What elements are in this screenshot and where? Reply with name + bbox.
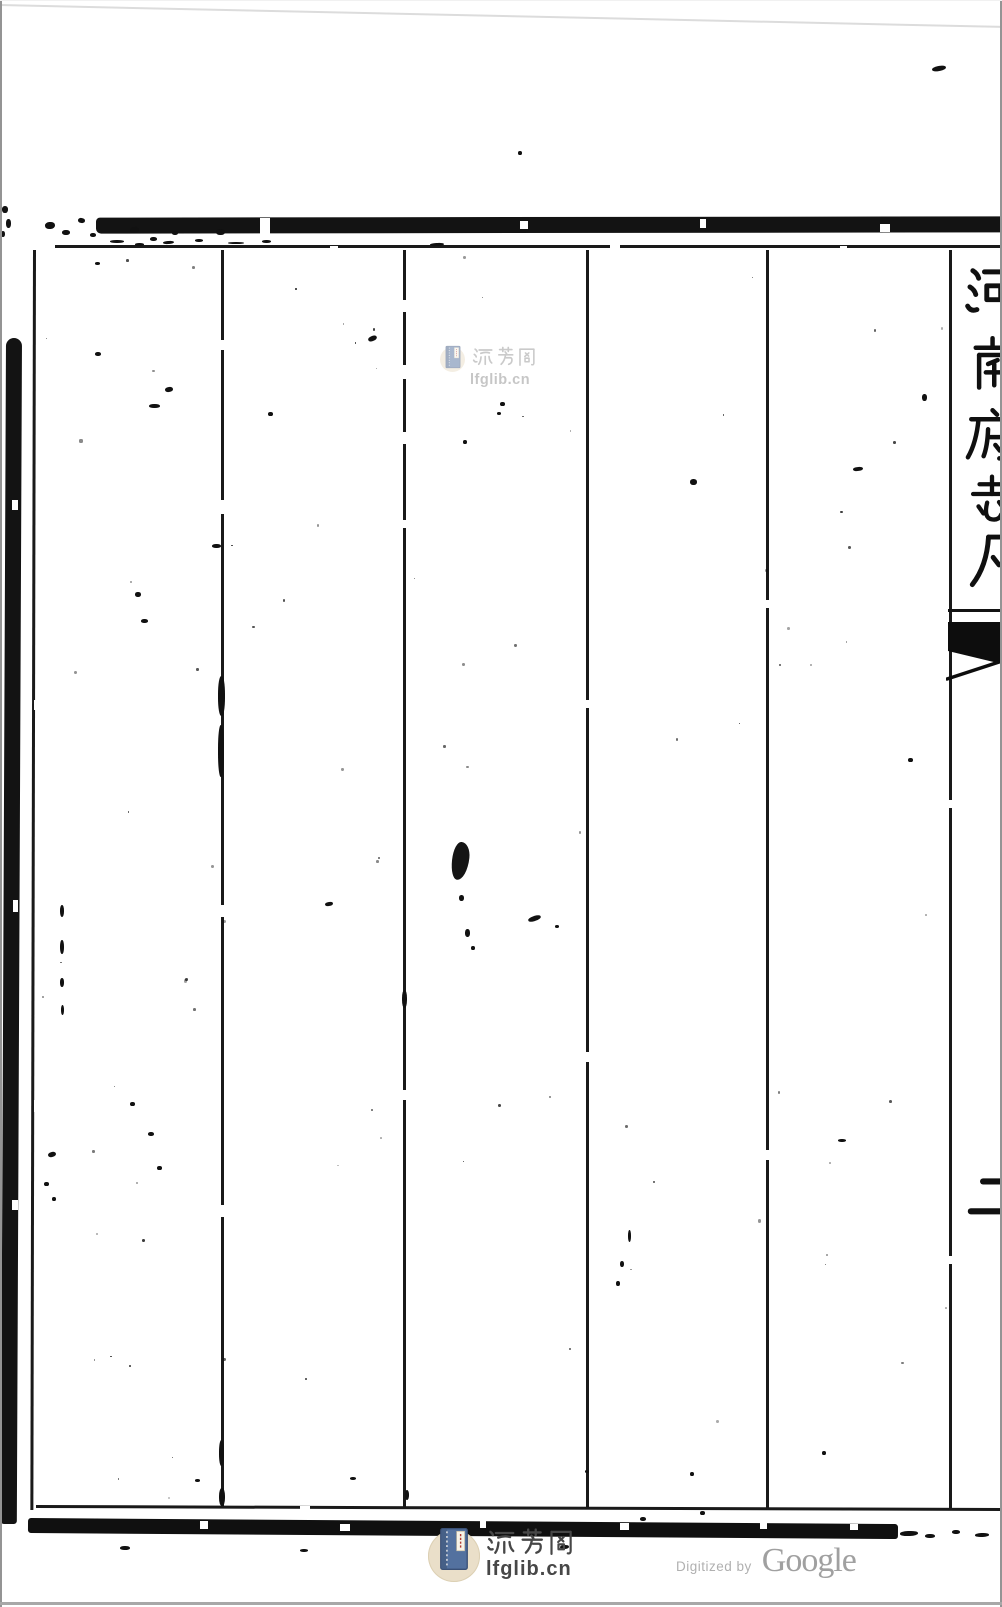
scan-speck — [172, 1457, 173, 1458]
scan-speck — [874, 329, 877, 332]
scan-speck — [463, 256, 466, 259]
image-border-left — [0, 0, 2, 1607]
scan-speck — [231, 545, 233, 547]
scan-speck — [846, 641, 847, 642]
google-logo-text: Google — [762, 1542, 856, 1580]
scan-speck — [94, 1359, 96, 1361]
scan-speck — [380, 1137, 382, 1139]
scan-speck — [549, 1096, 551, 1098]
scan-speck — [522, 416, 524, 418]
scan-speck — [337, 1165, 338, 1166]
scan-speck — [630, 1269, 631, 1270]
site-domain-text: lfglib.cn — [470, 372, 530, 388]
scan-speck — [79, 439, 82, 442]
scan-speck — [826, 1254, 828, 1256]
scan-speck — [945, 1307, 947, 1309]
scan-speck — [118, 1478, 120, 1480]
scan-speck — [74, 671, 77, 674]
scan-speck — [223, 1358, 226, 1361]
scan-speck — [463, 1161, 464, 1162]
site-domain-text: lfglib.cn — [486, 1558, 572, 1581]
scan-speck — [787, 627, 790, 630]
scan-speck — [168, 1497, 170, 1499]
scan-speck — [514, 644, 517, 647]
scan-speck — [92, 1150, 95, 1153]
scan-speck — [579, 831, 581, 833]
site-name-glyphs — [472, 346, 537, 367]
scan-speck — [223, 920, 226, 923]
scan-speck — [925, 914, 927, 916]
scan-speck — [142, 1239, 145, 1242]
book-icon — [445, 345, 461, 369]
scan-speck — [129, 1365, 131, 1367]
scan-speck — [110, 1356, 112, 1358]
scan-speck — [152, 370, 155, 373]
scan-speck — [941, 327, 944, 330]
scan-speck — [60, 962, 61, 963]
scan-speck — [498, 1104, 501, 1107]
scan-speck — [723, 414, 724, 415]
scan-speck — [653, 1181, 655, 1183]
image-border-bottom — [0, 1602, 1002, 1605]
watermark-top: lfglib.cn — [440, 344, 560, 398]
scan-speck — [355, 342, 357, 344]
scan-speck — [840, 511, 843, 514]
scan-speck — [343, 323, 344, 324]
digitized-by-label: Digitized by — [676, 1559, 752, 1574]
scan-speck — [443, 745, 446, 748]
scan-speck — [462, 663, 465, 666]
scan-speck — [889, 1100, 892, 1103]
scan-speck — [373, 328, 375, 330]
watermark-bottom: lfglib.cn — [428, 1524, 618, 1584]
scan-speck — [778, 1091, 780, 1093]
google-credit: Digitized by Google — [676, 1542, 856, 1580]
image-border-top — [0, 0, 1002, 1]
scan-speck — [192, 266, 195, 269]
scan-speck — [46, 338, 47, 339]
scan-speck — [42, 996, 44, 998]
scan-speck — [893, 441, 896, 444]
scan-speck — [810, 664, 812, 666]
scan-speck — [901, 1362, 903, 1364]
scan-speck — [136, 1182, 138, 1184]
scan-speck — [376, 368, 378, 370]
scan-speck — [184, 979, 187, 982]
scan-speck — [114, 1086, 115, 1087]
scan-speck — [466, 766, 468, 768]
scan-speck — [765, 569, 768, 572]
scan-speck — [414, 578, 415, 579]
scan-speck — [376, 860, 379, 863]
scan-speck — [341, 768, 344, 771]
scan-speck — [252, 626, 255, 629]
scan-speck — [482, 297, 483, 298]
scan-speck — [758, 1219, 761, 1222]
scan-speck — [829, 1162, 831, 1164]
scan-speck — [716, 1420, 719, 1423]
scan-speck — [739, 723, 740, 724]
scan-speck — [126, 259, 129, 262]
scan-speck — [317, 524, 319, 526]
scan-speck — [371, 1109, 373, 1111]
scan-speck — [196, 668, 199, 671]
site-name-glyphs — [486, 1527, 575, 1557]
scan-speck — [128, 811, 130, 813]
scan-speck — [779, 664, 782, 667]
scan-speck — [295, 288, 296, 289]
scan-speck — [625, 1125, 628, 1128]
scan-speck — [848, 546, 851, 549]
scan-speck — [193, 1008, 196, 1011]
scan-speck — [305, 1378, 307, 1380]
scanned-book-page: lfglib.cn lfglib.cn Digitized by Google — [0, 0, 1002, 1607]
scan-speck — [569, 1348, 571, 1350]
scan-speck — [211, 865, 214, 868]
scan-speck — [283, 599, 286, 602]
scan-noise-layer — [0, 0, 1002, 1607]
scan-speck — [825, 1264, 826, 1265]
scan-speck — [96, 1233, 98, 1235]
scan-speck — [676, 738, 678, 740]
scan-speck — [570, 430, 572, 432]
book-icon — [439, 1526, 469, 1572]
scan-speck — [378, 857, 379, 858]
scan-speck — [130, 581, 132, 583]
scan-speck — [752, 277, 753, 278]
